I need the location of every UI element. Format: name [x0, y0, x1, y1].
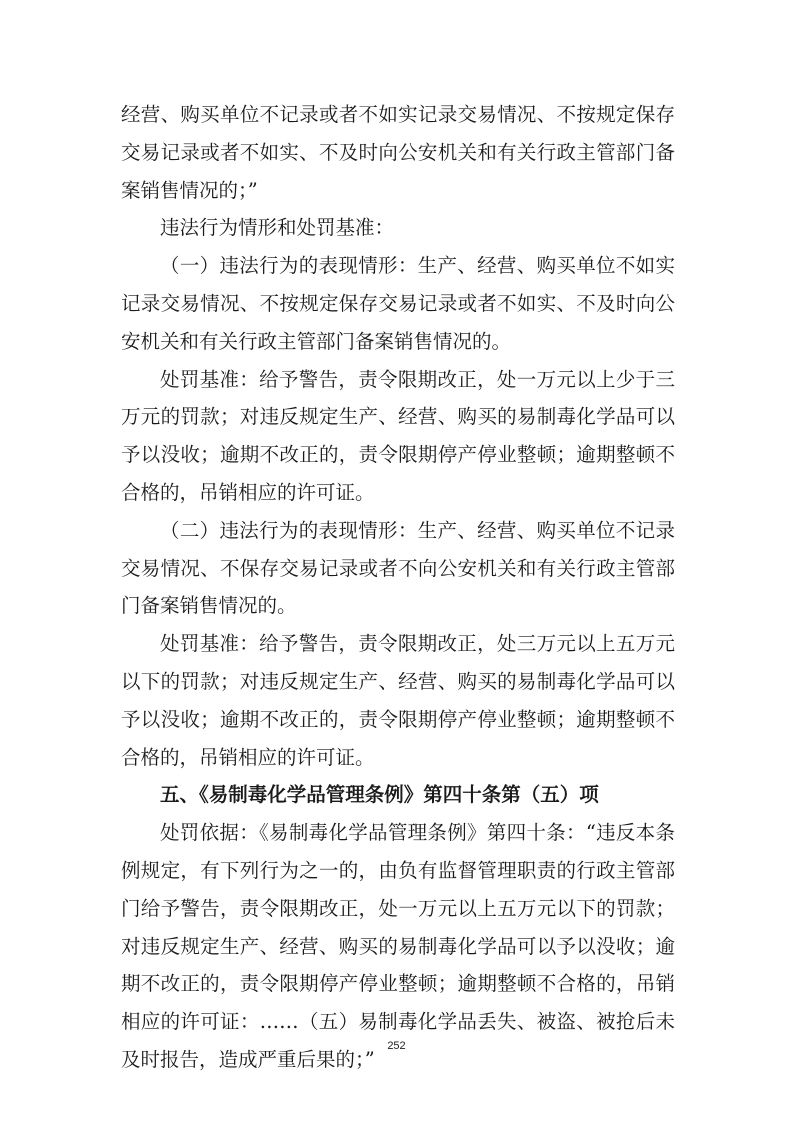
- paragraph-case-1-penalty: 处罚基准：给予警告，责令限期改正，处一万元以上少于三万元的罚款；对违反规定生产、…: [121, 361, 675, 512]
- document-page-body: 经营、购买单位不记录或者不如实记录交易情况、不按规定保存交易记录或者不如实、不及…: [121, 96, 675, 1079]
- section-heading-5: 五、《易制毒化学品管理条例》第四十条第（五）项: [121, 776, 675, 814]
- paragraph-continuation: 经营、购买单位不记录或者不如实记录交易情况、不按规定保存交易记录或者不如实、不及…: [121, 96, 675, 209]
- paragraph-case-1-situation: （一）违法行为的表现情形：生产、经营、购买单位不如实记录交易情况、不按规定保存交…: [121, 247, 675, 360]
- paragraph-violation-heading: 违法行为情形和处罚基准：: [121, 209, 675, 247]
- paragraph-case-2-situation: （二）违法行为的表现情形：生产、经营、购买单位不记录交易情况、不保存交易记录或者…: [121, 512, 675, 625]
- page-number: 252: [0, 1040, 793, 1052]
- paragraph-case-2-penalty: 处罚基准：给予警告，责令限期改正，处三万元以上五万元以下的罚款；对违反规定生产、…: [121, 625, 675, 776]
